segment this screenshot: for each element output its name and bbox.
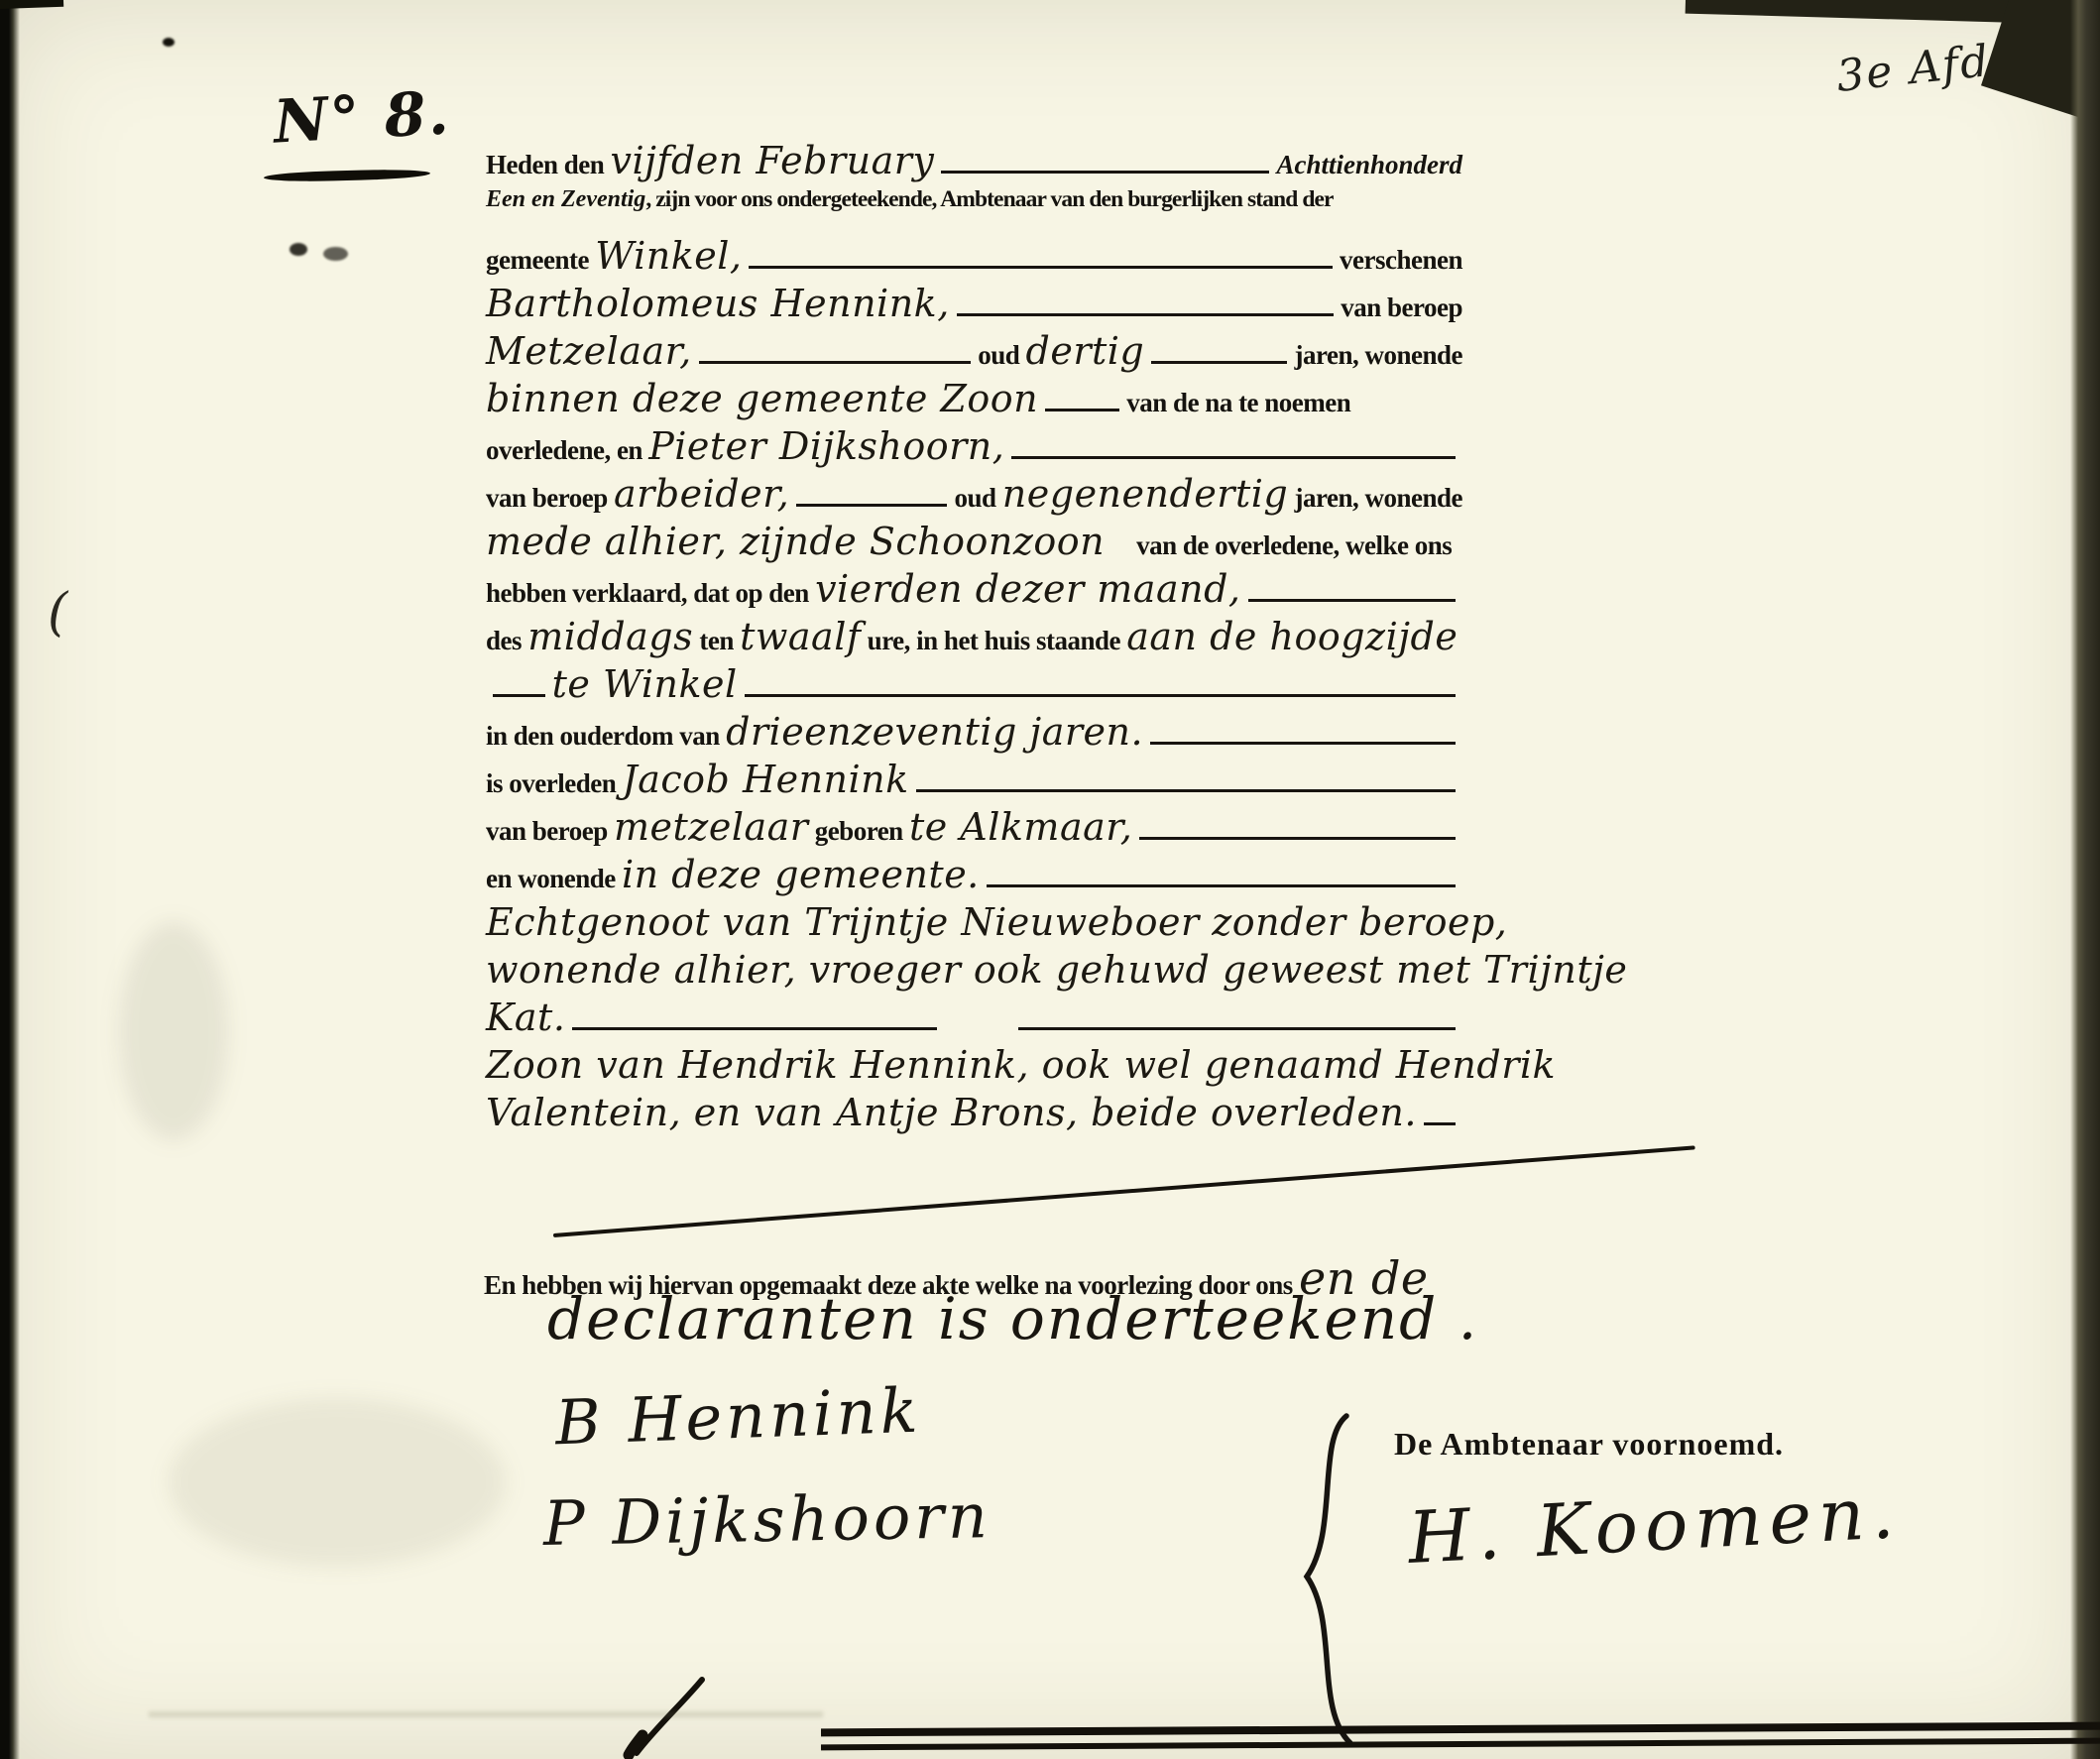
printed-text: en wonende bbox=[486, 864, 622, 894]
printed-text: in den ouderdom van bbox=[486, 721, 726, 752]
act-line: in den ouderdom van drieenzeventig jaren… bbox=[486, 710, 1462, 758]
separator-rule-top bbox=[821, 1722, 2100, 1737]
printed-text: van beroep bbox=[1341, 293, 1462, 323]
handwritten-text: mede alhier, zijnde Schoonzoon bbox=[486, 520, 1105, 563]
blank-rule bbox=[957, 284, 1334, 316]
handwritten-text: Pieter Dijkshoorn, bbox=[648, 424, 1004, 468]
ink-blot bbox=[323, 247, 348, 261]
act-line: van beroep arbeider,oud negenendertig ja… bbox=[486, 472, 1462, 520]
printed-text: Achttienhonderd bbox=[1276, 150, 1462, 180]
blank-rule bbox=[941, 141, 1269, 174]
death-certificate-scan: ( 3e Afd N° 8. Heden den vijfden Februar… bbox=[0, 0, 2100, 1759]
blank-rule bbox=[699, 331, 971, 364]
closing-subscribed-line: declaranten is onderteekend . bbox=[547, 1285, 1478, 1352]
printed-text: jaren, wonende bbox=[1288, 483, 1462, 514]
handwritten-text: wonende alhier, vroeger ook gehuwd gewee… bbox=[486, 948, 1627, 992]
handwritten-text: Valentein, en van Antje Brons, beide ove… bbox=[486, 1091, 1417, 1134]
printed-text: , zijn voor ons ondergeteekende, Ambtena… bbox=[645, 186, 1333, 213]
act-line: hebben verklaard, dat op den vierden dez… bbox=[486, 567, 1462, 615]
paper-stain bbox=[149, 1711, 823, 1717]
brace-glyph bbox=[1295, 1412, 1364, 1749]
handwritten-text: vijfden February bbox=[611, 139, 935, 182]
act-line: en wonende in deze gemeente. bbox=[486, 853, 1462, 900]
corner-annotation: 3e Afd bbox=[1834, 36, 1993, 102]
blank-rule bbox=[1139, 807, 1456, 840]
act-line: Valentein, en van Antje Brons, beide ove… bbox=[486, 1091, 1462, 1138]
blank-rule bbox=[1045, 379, 1119, 411]
blank-rule bbox=[916, 760, 1456, 792]
page-corner-top-left bbox=[0, 0, 63, 9]
handwritten-text: twaalf bbox=[740, 615, 861, 658]
handwritten-text: te Alkmaar, bbox=[909, 805, 1132, 849]
official-title: De Ambtenaar voornoemd. bbox=[1394, 1426, 1784, 1463]
act-number: N° 8. bbox=[272, 78, 452, 157]
blank-rule bbox=[1248, 569, 1457, 602]
page-edge-right bbox=[2070, 0, 2100, 1759]
act-line: Kat. bbox=[486, 996, 1462, 1043]
handwritten-text: aan de hoogzijde bbox=[1126, 615, 1458, 658]
ink-blot bbox=[290, 243, 307, 256]
blank-rule bbox=[1011, 426, 1456, 459]
blank-rule bbox=[493, 664, 545, 697]
printed-text: overledene, en bbox=[486, 435, 648, 466]
printed-text: hebben verklaard, dat op den bbox=[486, 578, 815, 609]
printed-text: is overleden bbox=[486, 768, 622, 799]
printed-text: gemeente bbox=[486, 245, 595, 276]
handwritten-text: Winkel, bbox=[595, 234, 742, 278]
paper-stain bbox=[119, 922, 228, 1140]
next-act-pen-stroke bbox=[607, 1676, 726, 1759]
printed-text: Een en Zeventig bbox=[486, 186, 645, 213]
printed-text: oud bbox=[954, 483, 1001, 514]
handwritten-text: negenendertig bbox=[1002, 472, 1288, 516]
act-line: Zoon van Hendrik Hennink, ook wel genaam… bbox=[486, 1043, 1462, 1091]
printed-text: geboren bbox=[808, 816, 909, 847]
signature-declarant-2: P Dijkshoorn bbox=[542, 1479, 992, 1560]
act-line: wonende alhier, vroeger ook gehuwd gewee… bbox=[486, 948, 1462, 996]
blank-rule bbox=[1151, 331, 1287, 364]
body-lines: Heden den vijfden FebruaryAchttienhonder… bbox=[486, 139, 1462, 1138]
act-line: overledene, en Pieter Dijkshoorn, bbox=[486, 424, 1462, 472]
printed-text: van de na te noemen bbox=[1126, 388, 1350, 418]
blank-rule bbox=[1424, 1093, 1456, 1125]
act-line: van beroep metzelaar geboren te Alkmaar, bbox=[486, 805, 1462, 853]
printed-text: van beroep bbox=[486, 816, 614, 847]
printed-text: oud bbox=[978, 340, 1025, 371]
ink-blot bbox=[163, 38, 175, 47]
act-line: gemeente Winkel,verschenen bbox=[486, 234, 1462, 282]
handwritten-text: Echtgenoot van Trijntje Nieuweboer zonde… bbox=[486, 900, 1507, 944]
act-line: Metzelaar,oud dertigjaren, wonende bbox=[486, 329, 1462, 377]
printed-text: jaren, wonende bbox=[1294, 340, 1462, 371]
blank-rule bbox=[796, 474, 947, 507]
handwritten-text: Jacob Hennink bbox=[622, 758, 908, 801]
act-line: des middags ten twaalf ure, in het huis … bbox=[486, 615, 1462, 662]
strike-through-line bbox=[553, 1145, 1695, 1237]
act-line: is overleden Jacob Hennink bbox=[486, 758, 1462, 805]
printed-text: des bbox=[486, 626, 527, 656]
blank-rule bbox=[745, 664, 1456, 697]
blank-rule bbox=[1018, 997, 1457, 1030]
printed-text: van de overledene, welke ons bbox=[1136, 530, 1452, 561]
act-line: mede alhier, zijnde Schoonzoonvan de ove… bbox=[486, 520, 1462, 567]
handwritten-text: arbeider, bbox=[614, 472, 789, 516]
handwritten-text: Zoon van Hendrik Hennink, ook wel genaam… bbox=[486, 1043, 1556, 1087]
printed-text: verschenen bbox=[1340, 245, 1462, 276]
separator-rule-bottom bbox=[821, 1738, 2100, 1751]
blank-gap bbox=[1110, 525, 1130, 554]
act-line: binnen deze gemeente Zoonvan de na te no… bbox=[486, 377, 1462, 424]
handwritten-text: drieenzeventig jaren. bbox=[726, 710, 1143, 754]
blank-rule bbox=[987, 855, 1456, 887]
printed-text: ure, in het huis staande bbox=[861, 626, 1126, 656]
handwritten-text: Kat. bbox=[486, 996, 565, 1039]
handwritten-text: Bartholomeus Hennink, bbox=[486, 282, 950, 325]
blank-rule bbox=[1150, 712, 1456, 745]
act-line: Een en Zeventig, zijn voor ons ondergete… bbox=[486, 186, 1462, 234]
handwritten-text: vierden dezer maand, bbox=[815, 567, 1240, 611]
signature-official: H. Koomen. bbox=[1406, 1470, 1903, 1580]
page-edge-left bbox=[0, 0, 20, 1759]
blank-rule bbox=[749, 236, 1333, 269]
pen-mark: ( bbox=[48, 583, 67, 643]
printed-text: van beroep bbox=[486, 483, 614, 514]
act-line: Echtgenoot van Trijntje Nieuweboer zonde… bbox=[486, 900, 1462, 948]
handwritten-text: binnen deze gemeente Zoon bbox=[486, 377, 1038, 420]
act-line: Heden den vijfden FebruaryAchttienhonder… bbox=[486, 139, 1462, 186]
handwritten-text: in deze gemeente. bbox=[622, 853, 980, 896]
handwritten-text: middags bbox=[527, 615, 693, 658]
blank-rule bbox=[572, 997, 937, 1030]
printed-text: Heden den bbox=[486, 150, 611, 180]
handwritten-text: metzelaar bbox=[614, 805, 808, 849]
handwritten-text: te Winkel bbox=[552, 662, 738, 706]
signature-declarant-1: B Hennink bbox=[554, 1374, 923, 1460]
handwritten-text: Metzelaar, bbox=[486, 329, 692, 373]
act-number-underline bbox=[264, 169, 430, 182]
act-line: Bartholomeus Hennink,van beroep bbox=[486, 282, 1462, 329]
handwritten-text: dertig bbox=[1026, 329, 1145, 373]
paper-stain bbox=[169, 1398, 506, 1567]
blank-gap bbox=[950, 1000, 1004, 1030]
printed-text: ten bbox=[693, 626, 740, 656]
act-line: te Winkel bbox=[486, 662, 1462, 710]
